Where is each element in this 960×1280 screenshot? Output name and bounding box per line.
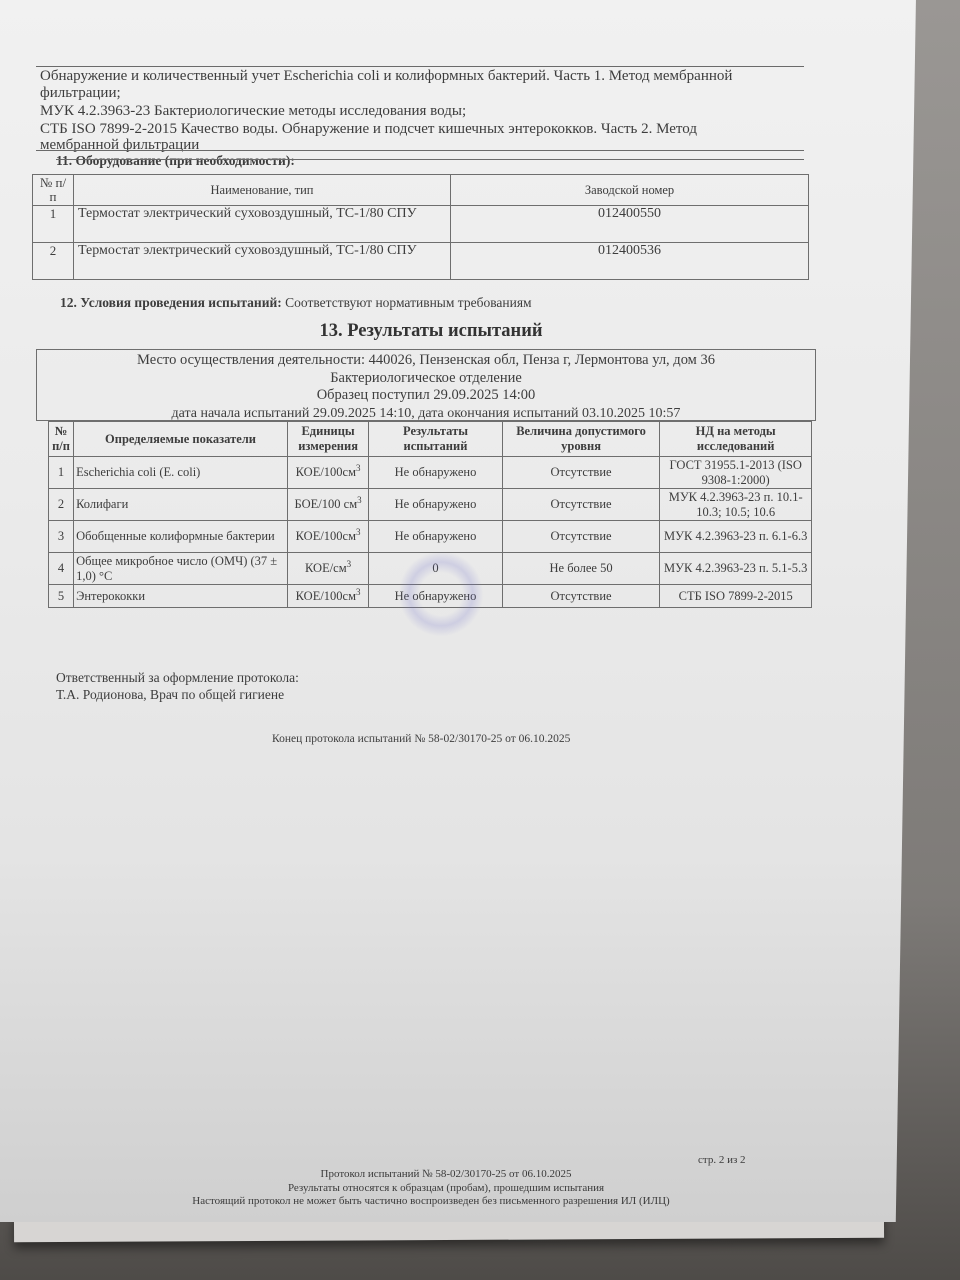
unit-text: КОЕ/см: [305, 561, 347, 575]
unit-text: КОЕ/100см: [296, 465, 356, 479]
end-of-protocol: Конец протокола испытаний № 58-02/30170-…: [272, 730, 570, 749]
col-serial: Заводской номер: [451, 175, 809, 206]
row-indicator: Общее микробное число (ОМЧ) (37 ± 1,0) °…: [74, 553, 288, 585]
table-row: 1 Термостат электрический суховоздушный,…: [33, 206, 809, 243]
row-limit: Отсутствие: [502, 521, 660, 553]
row-result: Не обнаружено: [369, 521, 503, 553]
footer-line: Настоящий протокол не может быть частичн…: [0, 1195, 881, 1207]
table-row: 5ЭнтерококкиКОЕ/100см3Не обнаруженоОтсут…: [49, 585, 812, 608]
section11-rule: [56, 159, 804, 160]
equipment-table: № п/п Наименование, тип Заводской номер …: [32, 174, 809, 280]
unit-exponent: 3: [356, 527, 361, 537]
row-num: 2: [49, 489, 74, 521]
row-method: СТБ ISO 7899-2-2015: [660, 585, 812, 608]
unit-text: БОЕ/100 см: [295, 497, 358, 511]
equip-serial: 012400550: [451, 206, 809, 243]
col-name: Наименование, тип: [74, 175, 451, 206]
row-num: 5: [49, 585, 74, 608]
row-result: Не обнаружено: [369, 489, 503, 521]
methods-line: фильтрации;: [40, 84, 121, 103]
unit-exponent: 3: [357, 495, 362, 505]
equip-num: 1: [33, 206, 74, 243]
table-row: 3Обобщенные колиформные бактерииКОЕ/100с…: [49, 521, 812, 553]
row-num: 1: [49, 457, 74, 489]
equip-serial: 012400536: [451, 243, 809, 280]
row-indicator: Энтерококки: [74, 585, 288, 608]
info-line: Место осуществления деятельности: 440026…: [37, 352, 815, 370]
responsible-name: Т.А. Родионова, Врач по общей гигиене: [56, 685, 284, 704]
table-row: 1Escherichia coli (E. coli)КОЕ/100см3Не …: [49, 457, 812, 489]
row-method: МУК 4.2.3963-23 п. 5.1-5.3: [660, 553, 812, 585]
table-row: 2КолифагиБОЕ/100 см3Не обнаруженоОтсутст…: [49, 489, 812, 521]
unit-exponent: 3: [356, 463, 361, 473]
row-unit: КОЕ/100см3: [287, 457, 368, 489]
document-page: Обнаружение и количественный учет Escher…: [0, 0, 916, 1222]
page-number: стр. 2 из 2: [698, 1154, 746, 1166]
col-limit: Величина допустимого уровня: [502, 422, 660, 457]
col-num: № п/п: [33, 175, 74, 206]
methods-line: МУК 4.2.3963-23 Бактериологические метод…: [40, 102, 466, 121]
row-limit: Отсутствие: [502, 585, 660, 608]
table-row: 2 Термостат электрический суховоздушный,…: [33, 243, 809, 280]
row-indicator: Escherichia coli (E. coli): [74, 457, 288, 489]
info-line: Бактериологическое отделение: [37, 370, 815, 388]
unit-exponent: 3: [347, 559, 352, 569]
row-method: ГОСТ 31955.1-2013 (ISO 9308-1:2000): [660, 457, 812, 489]
section13-title: 13. Результаты испытаний: [0, 321, 866, 342]
results-header-row: № п/п Определяемые показатели Единицы из…: [49, 422, 812, 457]
col-num: № п/п: [49, 422, 74, 457]
equip-num: 2: [33, 243, 74, 280]
unit-text: КОЕ/100см: [296, 529, 356, 543]
info-line: Образец поступил 29.09.2025 14:00: [37, 387, 815, 405]
col-method: НД на методы исследований: [660, 422, 812, 457]
equip-name: Термостат электрический суховоздушный, Т…: [74, 243, 451, 280]
equipment-header-row: № п/п Наименование, тип Заводской номер: [33, 175, 809, 206]
section12-label: 12. Условия проведения испытаний:: [60, 295, 282, 310]
row-result: 0: [369, 553, 503, 585]
col-indicator: Определяемые показатели: [74, 422, 288, 457]
section11-title: 11. Оборудование (при необходимости):: [56, 151, 295, 170]
row-unit: КОЕ/см3: [287, 553, 368, 585]
footer-line: Протокол испытаний № 58-02/30170-25 от 0…: [0, 1168, 896, 1180]
row-indicator: Обобщенные колиформные бактерии: [74, 521, 288, 553]
row-unit: БОЕ/100 см3: [287, 489, 368, 521]
row-result: Не обнаружено: [369, 457, 503, 489]
row-limit: Не более 50: [502, 553, 660, 585]
row-result: Не обнаружено: [369, 585, 503, 608]
unit-exponent: 3: [356, 586, 361, 596]
results-info-box: Место осуществления деятельности: 440026…: [36, 349, 816, 421]
row-limit: Отсутствие: [502, 457, 660, 489]
col-unit: Единицы измерения: [287, 422, 368, 457]
equip-name: Термостат электрический суховоздушный, Т…: [74, 206, 451, 243]
row-limit: Отсутствие: [502, 489, 660, 521]
table-row: 4Общее микробное число (ОМЧ) (37 ± 1,0) …: [49, 553, 812, 585]
info-line: дата начала испытаний 29.09.2025 14:10, …: [37, 405, 815, 423]
row-method: МУК 4.2.3963-23 п. 6.1-6.3: [660, 521, 812, 553]
col-result: Результаты испытаний: [369, 422, 503, 457]
row-unit: КОЕ/100см3: [287, 521, 368, 553]
footer-line: Результаты относятся к образцам (пробам)…: [0, 1182, 896, 1194]
row-indicator: Колифаги: [74, 489, 288, 521]
row-num: 4: [49, 553, 74, 585]
methods-line: Обнаружение и количественный учет Escher…: [40, 67, 732, 86]
section12-value: Соответствуют нормативным требованиям: [285, 295, 531, 310]
row-num: 3: [49, 521, 74, 553]
section12: 12. Условия проведения испытаний: Соотве…: [60, 293, 532, 312]
row-unit: КОЕ/100см3: [287, 585, 368, 608]
unit-text: КОЕ/100см: [296, 589, 356, 603]
row-method: МУК 4.2.3963-23 п. 10.1-10.3; 10.5; 10.6: [660, 489, 812, 521]
results-table: № п/п Определяемые показатели Единицы из…: [48, 421, 812, 608]
